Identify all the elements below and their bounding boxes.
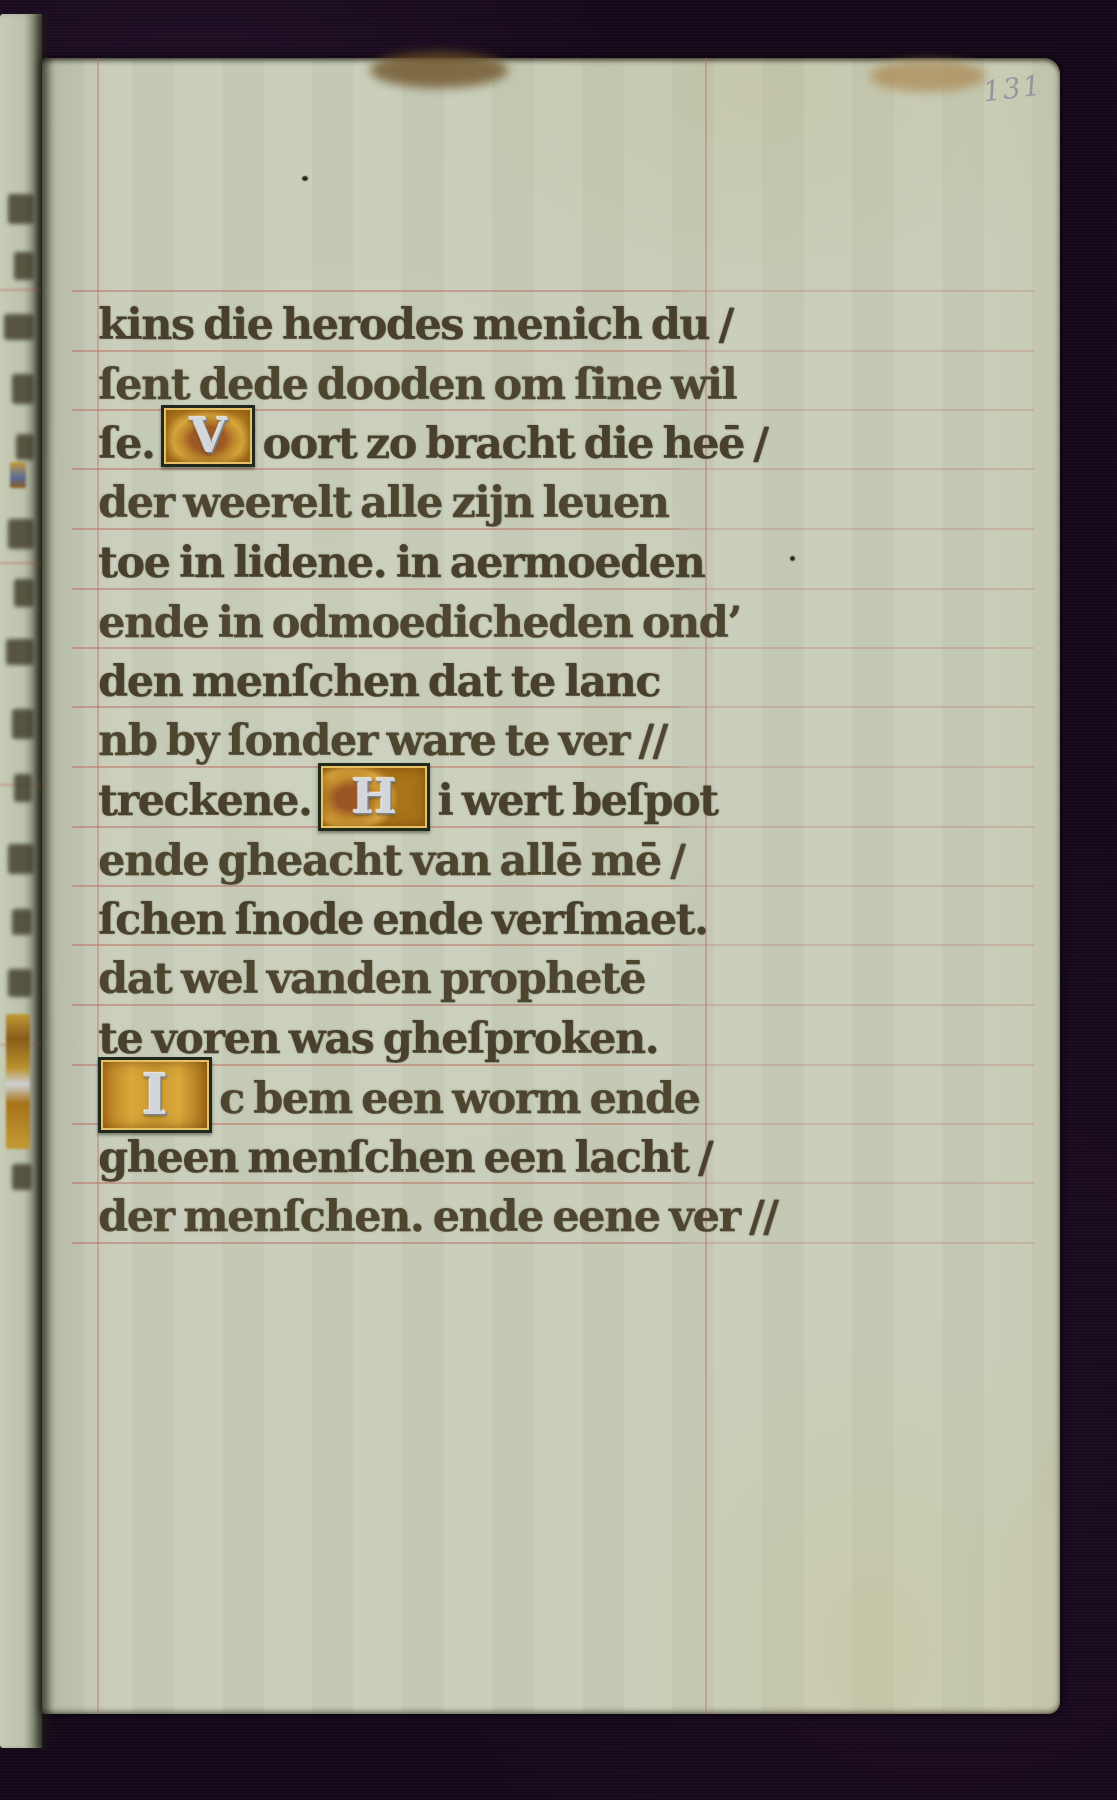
text-line: ſent dede dooden om ſine wil xyxy=(98,350,736,413)
text-line: treckene. H i wert beſpot xyxy=(98,766,718,829)
text-line: der weerelt alle zijn leuen xyxy=(98,468,668,531)
line-text: ſe. xyxy=(98,419,154,469)
text-line: dat wel vanden prophetē xyxy=(98,944,645,1007)
line-text: der menſchen. ende eene ver ∕∕ xyxy=(98,1192,777,1242)
line-text: dat wel vanden prophetē xyxy=(98,954,645,1004)
line-text: treckene. xyxy=(98,776,311,826)
line-text: gheen menſchen een lacht ∕ xyxy=(98,1133,712,1183)
edge-initial-fragment xyxy=(6,1014,30,1149)
line-text: c bem een worm ende xyxy=(219,1074,699,1124)
line-text: den menſchen dat te lanc xyxy=(98,657,660,707)
line-text: der weerelt alle zijn leuen xyxy=(98,478,668,528)
stain xyxy=(370,52,508,88)
line-text: toe in lidene. in aermoeden xyxy=(98,538,704,588)
line-text: i wert beſpot xyxy=(437,776,717,826)
text-line: ſchen ſnode ende verſmaet. xyxy=(98,885,707,948)
illuminated-initial-h: H xyxy=(318,763,430,831)
line-text: ende gheacht van allē mē ∕ xyxy=(98,836,684,886)
edge-initial-fragment xyxy=(10,462,26,488)
text-line: I c bem een worm ende xyxy=(98,1064,699,1127)
text-line: ende gheacht van allē mē ∕ xyxy=(98,826,684,889)
folio-number: 131 xyxy=(981,69,1044,109)
text-line: toe in lidene. in aermoeden xyxy=(98,528,704,591)
stain xyxy=(870,60,986,92)
ink-speck xyxy=(302,176,308,181)
text-line: der menſchen. ende eene ver ∕∕ xyxy=(98,1182,777,1245)
line-text: oort zo bracht die heē ∕ xyxy=(262,419,767,469)
line-text: ende in odmoedicheden ond’ xyxy=(98,598,741,648)
line-text: nb by ſonder ware te ver ∕∕ xyxy=(98,716,667,766)
gutter-shadow xyxy=(28,14,54,1748)
line-text: ſent dede dooden om ſine wil xyxy=(98,360,736,410)
text-line: ſe. V oort zo bracht die heē ∕ xyxy=(98,409,768,472)
text-line: den menſchen dat te lanc xyxy=(98,647,660,710)
line-text: kins die herodes menich du ∕ xyxy=(98,300,733,350)
illuminated-initial-i: I xyxy=(98,1057,212,1133)
text-line: ende in odmoedicheden ond’ xyxy=(98,588,741,651)
text-line: nb by ſonder ware te ver ∕∕ xyxy=(98,706,667,769)
text-line: kins die herodes menich du ∕ xyxy=(98,290,733,353)
line-text: ſchen ſnode ende verſmaet. xyxy=(98,895,707,945)
ink-speck xyxy=(790,556,795,561)
illuminated-initial-v: V xyxy=(161,405,255,467)
text-line: gheen menſchen een lacht ∕ xyxy=(98,1123,712,1186)
manuscript-page: 131 kins die herodes menich du ∕ ſent de… xyxy=(42,58,1060,1714)
